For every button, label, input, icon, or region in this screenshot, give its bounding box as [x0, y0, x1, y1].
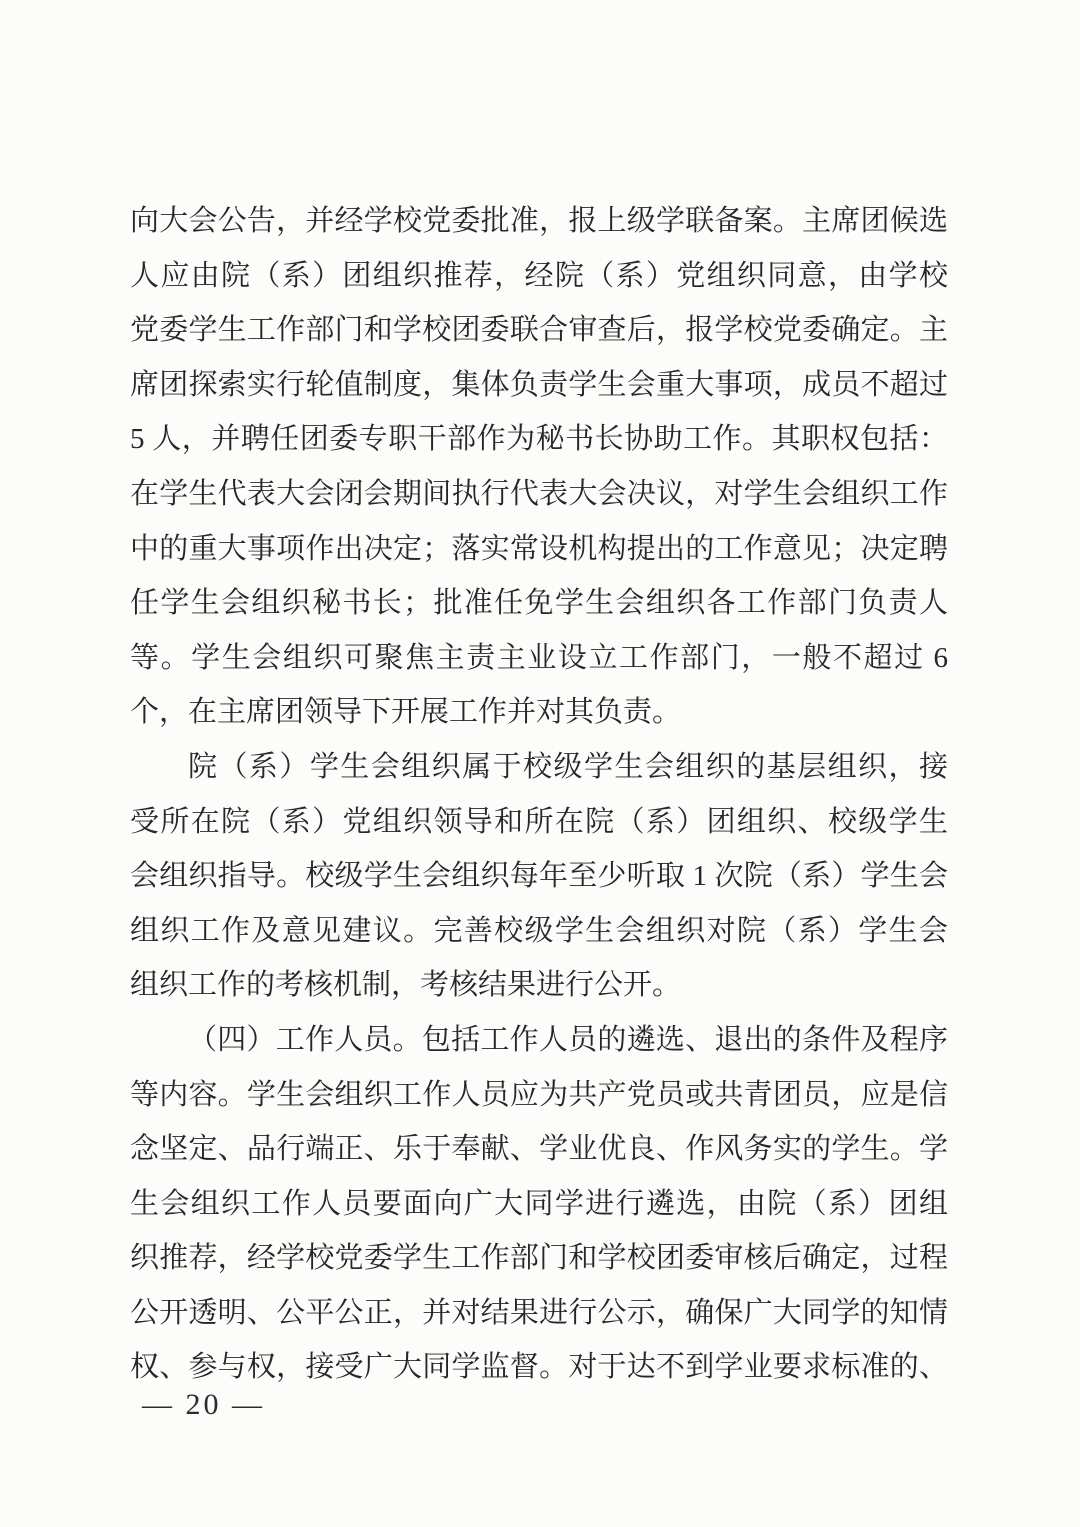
- text-line: 在学生代表大会闭会期间执行代表大会决议，对学生会组织工作: [130, 467, 948, 522]
- text-line: 院（系）学生会组织属于校级学生会组织的基层组织，接: [130, 740, 948, 795]
- text-line: 中的重大事项作出决定；落实常设机构提出的工作意见；决定聘: [130, 522, 948, 577]
- text-line: 任学生会组织秘书长；批准任免学生会组织各工作部门负责人: [130, 576, 948, 631]
- text-line: 组织工作及意见建议。完善校级学生会组织对院（系）学生会: [130, 904, 948, 959]
- text-line: 念坚定、品行端正、乐于奉献、学业优良、作风务实的学生。学: [130, 1122, 948, 1177]
- text-line: 生会组织工作人员要面向广大同学进行遴选，由院（系）团组: [130, 1177, 948, 1232]
- text-line: 织推荐，经学校党委学生工作部门和学校团委审核后确定，过程: [130, 1231, 948, 1286]
- document-page: 向大会公告，并经学校党委批准，报上级学联备案。主席团候选人应由院（系）团组织推荐…: [0, 0, 1080, 1527]
- text-block: 向大会公告，并经学校党委批准，报上级学联备案。主席团候选人应由院（系）团组织推荐…: [130, 194, 948, 1395]
- text-line: 席团探索实行轮值制度，集体负责学生会重大事项，成员不超过: [130, 358, 948, 413]
- text-line: 等。学生会组织可聚焦主责主业设立工作部门，一般不超过 6: [130, 631, 948, 686]
- text-line: 等内容。学生会组织工作人员应为共产党员或共青团员，应是信: [130, 1068, 948, 1123]
- text-line: 会组织指导。校级学生会组织每年至少听取 1 次院（系）学生会: [130, 849, 948, 904]
- text-line: 组织工作的考核机制，考核结果进行公开。: [130, 958, 948, 1013]
- text-line: 个，在主席团领导下开展工作并对其负责。: [130, 685, 948, 740]
- text-line: 5 人，并聘任团委专职干部作为秘书长协助工作。其职权包括：: [130, 412, 948, 467]
- text-line: （四）工作人员。包括工作人员的遴选、退出的条件及程序: [130, 1013, 948, 1068]
- text-line: 人应由院（系）团组织推荐，经院（系）党组织同意，由学校: [130, 249, 948, 304]
- text-line: 党委学生工作部门和学校团委联合审查后，报学校党委确定。主: [130, 303, 948, 358]
- text-line: 公开透明、公平公正，并对结果进行公示，确保广大同学的知情: [130, 1286, 948, 1341]
- text-line: 受所在院（系）党组织领导和所在院（系）团组织、校级学生: [130, 795, 948, 850]
- page-number: — 20 —: [142, 1378, 265, 1432]
- text-line: 向大会公告，并经学校党委批准，报上级学联备案。主席团候选: [130, 194, 948, 249]
